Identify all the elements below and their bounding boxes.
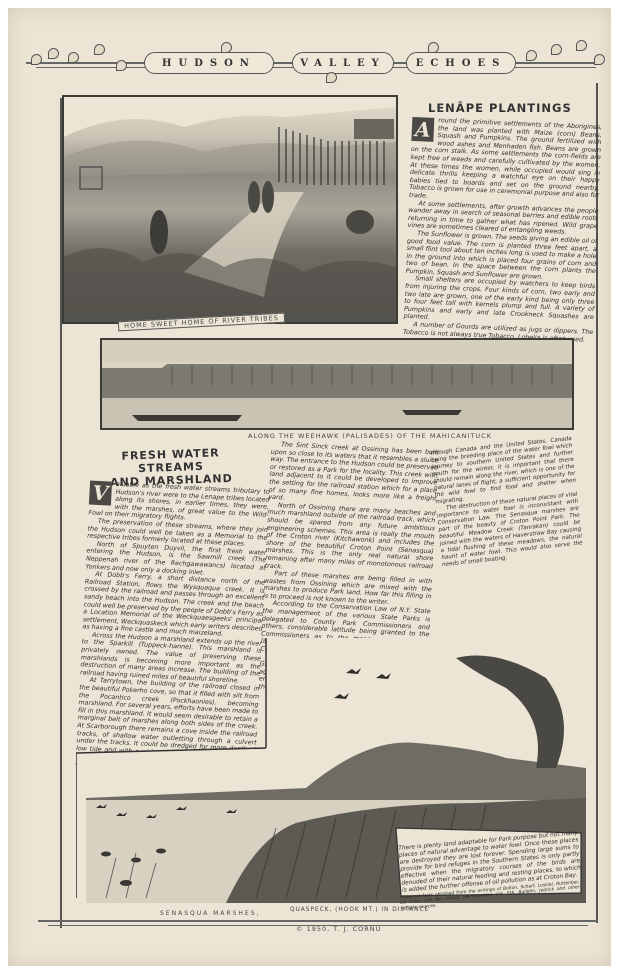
leaf-ornament: [221, 42, 232, 53]
bottom-vine-border: [38, 920, 598, 922]
lenape-paragraph: round the primitive settlements of the A…: [409, 116, 602, 208]
leaf-ornament: [116, 60, 127, 71]
village-illustration: [62, 95, 398, 324]
dropcap-v: V: [89, 480, 112, 505]
leaf-ornament: [526, 50, 537, 61]
leaf-ornament: [68, 52, 79, 63]
dropcap-a: A: [411, 117, 434, 142]
streams-paragraph: North of Ossining there are many beaches…: [265, 501, 436, 578]
lenape-section-title: LENÂPE PLANTINGS: [428, 101, 572, 115]
copyright-notice: © 1950, T. J. CORNU: [296, 925, 381, 933]
scanned-page: HUDSON VALLEY ECHOES: [8, 8, 611, 966]
streams-column-3: through Canada and the United States. Ca…: [430, 436, 584, 570]
leaf-ornament: [94, 44, 105, 55]
streams-paragraph: At Dobb's Ferry, a short distance north …: [82, 570, 265, 640]
leaf-ornament: [31, 54, 42, 65]
leaf-ornament: [48, 48, 59, 59]
masthead-banner: HUDSON VALLEY ECHOES: [26, 40, 616, 84]
leaf-ornament: [428, 42, 439, 53]
streams-column-2: The Sint Sinck creek at Ossining has bee…: [261, 441, 439, 650]
village-scene-svg: [64, 97, 396, 322]
canoe-icon: [132, 415, 242, 421]
banner-word-hudson: HUDSON: [144, 52, 274, 74]
leaf-ornament: [576, 40, 587, 51]
banner-word-echoes: ECHOES: [406, 52, 516, 74]
canoe-icon: [402, 410, 462, 415]
streams-paragraph: The destruction of these natural places …: [436, 492, 584, 569]
lenape-section-body: A round the primitive settlements of the…: [404, 116, 603, 324]
marsh-caption-right: QUASPECK, (HOOK MT.) IN DISTANCE: [290, 907, 429, 913]
leaf-ornament: [551, 44, 562, 55]
lenape-paragraph: Small shelters are occupied by watchers …: [404, 275, 596, 329]
palisades-illustration: [100, 338, 574, 430]
streams-paragraph: The Sint Sinck creek at Ossining has bee…: [268, 441, 439, 510]
banner-word-valley: VALLEY: [292, 52, 394, 74]
palisades-caption: ALONG THE WEEHAWK (PALISADES) OF THE MAH…: [248, 432, 492, 440]
leaf-ornament: [594, 54, 605, 65]
marsh-caption-left: SENASQUA MARSHES,: [160, 910, 260, 917]
palisades-scene-svg: [102, 340, 572, 428]
leaf-ornament: [326, 72, 337, 83]
